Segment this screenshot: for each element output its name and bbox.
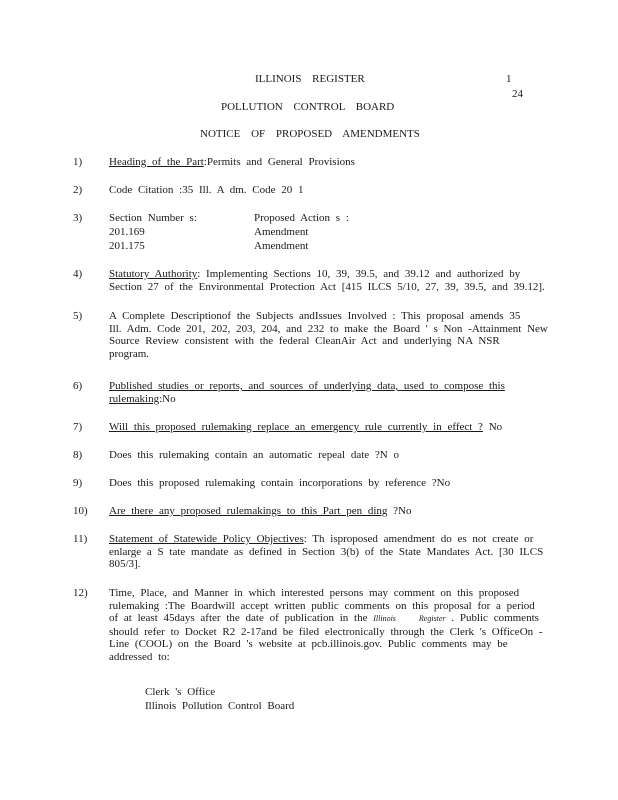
item-text: : Th isproposed amendment do es not crea…: [304, 533, 534, 545]
item-text: A Complete Descriptionof the Subjects an…: [109, 310, 548, 323]
item-text: Time, Place, and Manner in which interes…: [109, 587, 543, 600]
section-numbers-header: Section Number s:: [109, 212, 197, 225]
item-text: :Permits and General Provisions: [204, 156, 355, 168]
item-number: 2): [73, 184, 82, 196]
item-description: A Complete Descriptionof the Subjects an…: [109, 310, 548, 360]
section-number: 201.175: [109, 240, 145, 253]
item-number: 6): [73, 380, 82, 392]
item-answer: :No: [159, 393, 176, 405]
illinois-register-title: Illinois: [373, 614, 396, 623]
item-number: 7): [73, 421, 82, 433]
item-text: program.: [109, 348, 548, 361]
item-published-studies: Published studies or reports, and source…: [109, 380, 505, 405]
item-text: 805/3].: [109, 558, 543, 571]
item-pending-rulemakings: Are there any proposed rulemakings to th…: [109, 505, 412, 518]
item-answer: No: [483, 421, 502, 433]
item-label: Heading of the Part: [109, 156, 204, 168]
proposed-action: Amendment: [254, 226, 308, 238]
item-label: Statement of Statewide Policy Objectives: [109, 533, 304, 545]
item-number: 12): [73, 587, 88, 599]
address-line: Illinois Pollution Control Board: [145, 699, 294, 713]
address-line: Clerk 's Office: [145, 685, 294, 699]
item-policy-objectives: Statement of Statewide Policy Objectives…: [109, 533, 543, 571]
item-heading-of-part: Heading of the Part:Permits and General …: [109, 156, 355, 169]
item-repeal-date: Does this rulemaking contain an automati…: [109, 449, 399, 462]
item-text: Source Review consistent with the federa…: [109, 335, 548, 348]
item-label: rulemaking: [109, 393, 159, 405]
item-label: Will this proposed rulemaking replace an…: [109, 421, 483, 433]
item-number: 3): [73, 212, 82, 224]
page-number-bottom: 24: [512, 88, 523, 100]
item-text: Line (COOL) on the Board 's website at p…: [109, 638, 543, 651]
agency-title: POLLUTION CONTROL BOARD: [221, 101, 394, 113]
item-text: addressed to:: [109, 651, 543, 664]
register-title: ILLINOIS REGISTER: [255, 73, 365, 85]
item-text: Ill. Adm. Code 201, 202, 203, 204, and 2…: [109, 323, 548, 336]
item-label: Statutory Authority: [109, 268, 197, 280]
item-time-place-manner: Time, Place, and Manner in which interes…: [109, 587, 543, 663]
item-text: Section 27 of the Environmental Protecti…: [109, 281, 545, 294]
item-text: enlarge a S tate mandate as defined in S…: [109, 546, 543, 559]
item-number: 5): [73, 310, 82, 322]
item-number: 9): [73, 477, 82, 489]
section-number: 201.169: [109, 226, 145, 239]
item-number: 11): [73, 533, 87, 545]
item-label: Are there any proposed rulemakings to th…: [109, 505, 387, 517]
item-text: : Implementing Sections 10, 39, 39.5, an…: [197, 268, 520, 280]
proposed-actions-header: Proposed Action s :: [254, 212, 349, 224]
item-number: 8): [73, 449, 82, 461]
item-answer: ?No: [387, 505, 411, 517]
page-number-top: 1: [506, 73, 512, 85]
item-incorporations: Does this proposed rulemaking contain in…: [109, 477, 450, 490]
item-text: . Public comments: [446, 612, 539, 624]
item-number: 4): [73, 268, 82, 280]
item-emergency-rule: Will this proposed rulemaking replace an…: [109, 421, 502, 434]
mailing-address: Clerk 's Office Illinois Pollution Contr…: [145, 685, 294, 713]
item-label: Published studies or reports, and source…: [109, 380, 505, 393]
item-text: of at least 45days after the date of pub…: [109, 612, 373, 624]
item-number: 1): [73, 156, 82, 168]
notice-title: NOTICE OF PROPOSED AMENDMENTS: [200, 128, 420, 140]
item-text: should refer to Docket R2 2-17and be fil…: [109, 626, 543, 639]
item-code-citation: Code Citation :35 Ill. A dm. Code 20 1: [109, 184, 304, 197]
item-text: rulemaking :The Boardwill accept written…: [109, 600, 543, 613]
illinois-register-title: Register: [419, 614, 446, 623]
proposed-action: Amendment: [254, 240, 308, 252]
item-number: 10): [73, 505, 88, 517]
item-statutory-authority: Statutory Authority: Implementing Sectio…: [109, 268, 545, 293]
